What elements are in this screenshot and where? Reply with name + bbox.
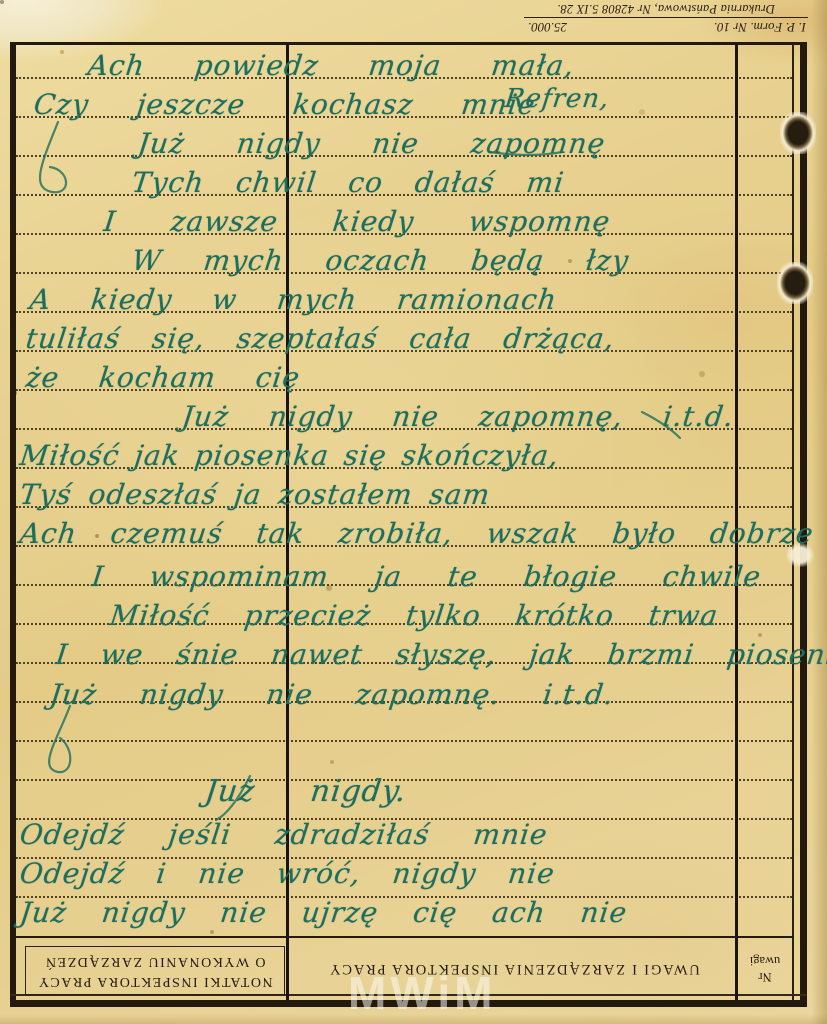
manuscript-line: Odejdź i nie wróć, nigdy nie (18, 857, 557, 890)
manuscript-line: Ach czemuś tak zrobiła, wszak było dobrz… (18, 517, 827, 550)
manuscript-line: I we śnie nawet słyszę, jak brzmi piosen… (54, 638, 827, 671)
manuscript-line: Odejdź jeśli zdradziłaś mnie (18, 818, 550, 851)
footer-divider-line (16, 936, 794, 938)
manuscript-line: A kiedy w mych ramionach (28, 283, 559, 316)
manuscript-line: Refren, (503, 84, 611, 114)
manuscript-line: tuliłaś się, szeptałaś cała drżąca, (24, 322, 617, 355)
manuscript-line: W mych oczach będą łzy (130, 244, 631, 277)
footer-right-column-title: Nr uwagi (737, 944, 793, 984)
printer-name-label: Drukarnia Państwowa, Nr 42808 5.IX 28. (524, 1, 808, 17)
footer-left-title-line1: NOTATKI INSPEKTORA PRACY (30, 971, 280, 991)
manuscript-line: Już nigdy nie zapomnę, i.t.d. (180, 400, 736, 433)
footer-right-title-line1: Nr (737, 968, 793, 984)
manuscript-line: Już nigdy nie zapomnę (136, 127, 607, 160)
print-imprint: I. P. Form. Nr 10. 25.000. Drukarnia Pań… (524, 1, 808, 35)
ruled-line (16, 740, 792, 742)
manuscript-line: Miłość jak piosenka się skończyła, (18, 439, 561, 472)
manuscript-line: I zawsze kiedy wspomnę (102, 205, 612, 238)
edge-tear (786, 543, 814, 567)
manuscript-line: Już nigdy nie zapomnę. i.t.d. (48, 678, 616, 711)
frame-border-left (10, 42, 16, 1007)
imprint-rule (524, 17, 808, 18)
footer-left-column-title: NOTATKI INSPEKTORA PRACY O WYKONANIU ZAR… (30, 947, 280, 991)
footer-left-title-line2: O WYKONANIU ZARZĄDZEŃ (30, 952, 280, 972)
print-run-label: 25.000. (528, 19, 567, 35)
footer-right-title-line2: uwagi (737, 953, 793, 969)
scanned-page: I. P. Form. Nr 10. 25.000. Drukarnia Pań… (0, 0, 827, 1024)
binding-hole-top (780, 112, 816, 154)
manuscript-line: Już nigdy. (203, 774, 409, 809)
manuscript-line: Tyś odeszłaś ja zostałem sam (18, 478, 492, 511)
manuscript-line: Ach powiedz moja mała, (86, 49, 576, 82)
manuscript-line: Już nigdy nie ujrzę cię ach nie (18, 896, 629, 929)
manuscript-line: I wspominam ja te błogie chwile (90, 560, 763, 593)
watermark: MWiM (348, 966, 496, 1020)
manuscript-line: że kocham cię (24, 361, 302, 394)
frame-border-top (10, 42, 807, 45)
binding-hole-bottom (777, 262, 813, 304)
form-number-label: I. P. Form. Nr 10. (714, 19, 806, 35)
manuscript-line: Miłość przecież tylko krótko trwa (108, 599, 720, 632)
manuscript-line: Tych chwil co dałaś mi (130, 166, 566, 199)
paper-speckles (0, 0, 4, 4)
manuscript-line: Czy jeszcze kochasz mnie (32, 88, 538, 121)
